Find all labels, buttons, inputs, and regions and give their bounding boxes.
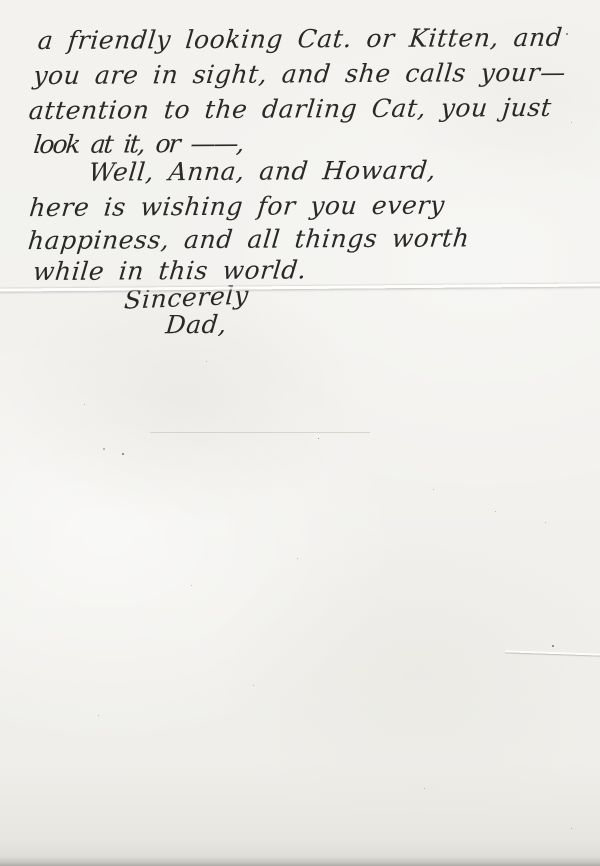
- signature: Dad,: [164, 310, 228, 339]
- letter-line-6: here is wishing for you every: [28, 191, 446, 223]
- dust-speck: [552, 645, 554, 647]
- letter-line-8: while in this world.: [32, 255, 308, 286]
- letter-line-3: attention to the darling Cat, you just: [28, 93, 553, 125]
- handwritten-text: a friendly looking Cat. or Kitten, and y…: [0, 0, 600, 866]
- letter-page: a friendly looking Cat. or Kitten, and y…: [0, 0, 600, 866]
- letter-line-4: look at it, or ——,: [32, 129, 244, 159]
- letter-line-7: happiness, and all things worth: [27, 223, 471, 255]
- dust-speck: [571, 828, 572, 829]
- letter-line-2: you are in sight, and she calls your—: [32, 58, 567, 90]
- letter-line-1: a friendly looking Cat. or Kitten, and: [37, 23, 564, 55]
- letter-line-5: Well, Anna, and Howard,: [87, 156, 437, 187]
